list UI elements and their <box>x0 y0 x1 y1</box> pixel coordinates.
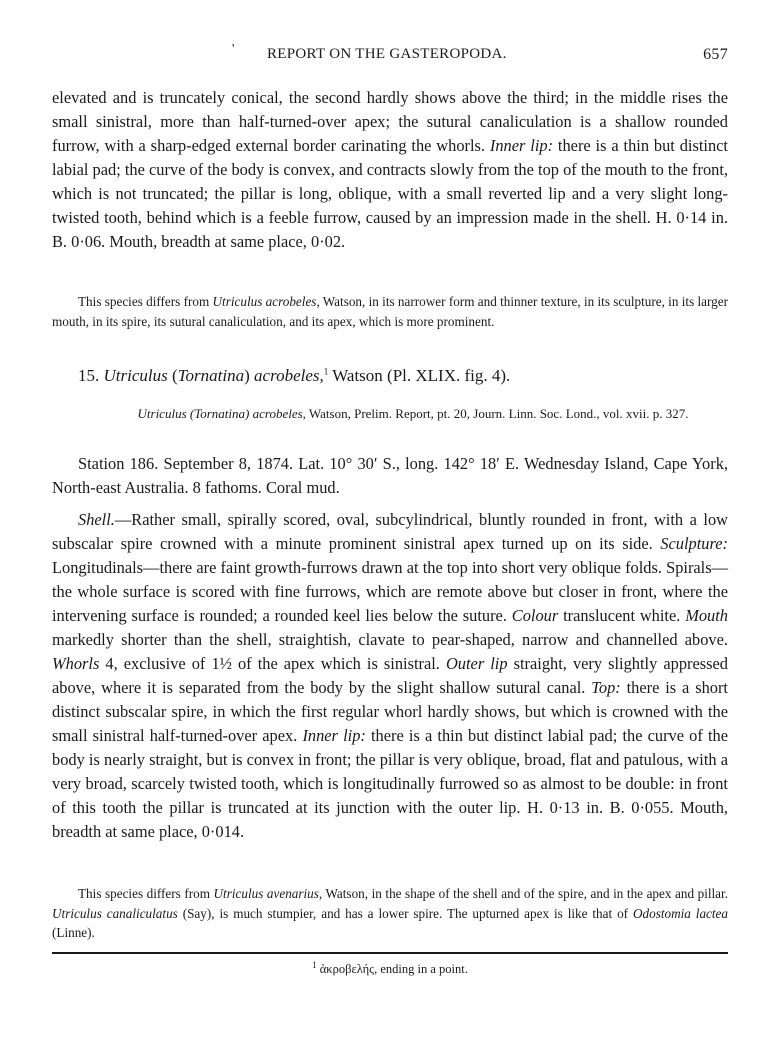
remark-text: , Watson, in the shape of the shell and … <box>319 886 728 901</box>
genus-name: Utriculus <box>104 366 168 385</box>
header-title: REPORT ON THE GASTEROPODA. <box>267 46 507 63</box>
header-mark: ' <box>232 42 235 58</box>
footnote-text: ἀκροβελής, ending in a point. <box>317 962 468 976</box>
species-number: 15. <box>78 366 99 385</box>
synonym-citation: , Watson, Prelim. Report, pt. 20, Journ.… <box>303 406 689 421</box>
species-name: Utriculus avenarius <box>214 886 319 901</box>
author-reference: Watson (Pl. XLIX. fig. 4). <box>328 366 510 385</box>
species-name: acrobeles, <box>254 366 324 385</box>
sculpture-label: Sculpture: <box>660 534 728 553</box>
top-label: Top: <box>591 678 620 697</box>
inner-lip-label: Inner lip: <box>302 726 365 745</box>
footnote-divider <box>52 952 728 954</box>
running-header: ' REPORT ON THE GASTEROPODA. 657 <box>52 46 728 68</box>
description-text: —Rather small, spirally scored, oval, su… <box>52 510 728 553</box>
page-number: 657 <box>703 46 728 64</box>
outer-lip-label: Outer lip <box>446 654 508 673</box>
remark-text: This species differs from <box>78 886 214 901</box>
shell-label: Shell. <box>78 510 115 529</box>
synonym-name: Utriculus (Tornatina) acrobeles <box>138 406 303 421</box>
colour-label: Colour <box>512 606 558 625</box>
remark-text: (Say), is much stumpier, and has a lower… <box>178 906 633 921</box>
remark-paragraph-2: This species differs from Utriculus aven… <box>52 884 728 943</box>
station-info: Station 186. September 8, 1874. Lat. 10°… <box>52 452 728 500</box>
subgenus-name: Tornatina <box>178 366 244 385</box>
species-name: Odostomia lactea <box>633 906 728 921</box>
remark-paragraph-1: This species differs from Utriculus acro… <box>52 292 728 331</box>
species-name: Utriculus canaliculatus <box>52 906 178 921</box>
whorls-label: Whorls <box>52 654 99 673</box>
synonymy: Utriculus (Tornatina) acrobeles, Watson,… <box>52 404 728 423</box>
description-text: translucent white. <box>558 606 685 625</box>
species-name: Utriculus acrobeles <box>213 294 317 309</box>
footnote: 1 ἀκροβελής, ending in a point. <box>52 962 728 977</box>
remark-text: (Linne). <box>52 925 95 940</box>
description-text: 4, exclusive of 1½ of the apex which is … <box>99 654 446 673</box>
remark-text: This species differs from <box>78 294 213 309</box>
mouth-label: Mouth <box>685 606 728 625</box>
species-heading: 15. Utriculus (Tornatina) acrobeles,1 Wa… <box>78 366 728 386</box>
description-text: markedly shorter than the shell, straigh… <box>52 630 728 649</box>
inner-lip-label: Inner lip: <box>490 136 553 155</box>
shell-description: Shell.—Rather small, spirally scored, ov… <box>52 508 728 844</box>
continued-description: elevated and is truncately conical, the … <box>52 86 728 254</box>
